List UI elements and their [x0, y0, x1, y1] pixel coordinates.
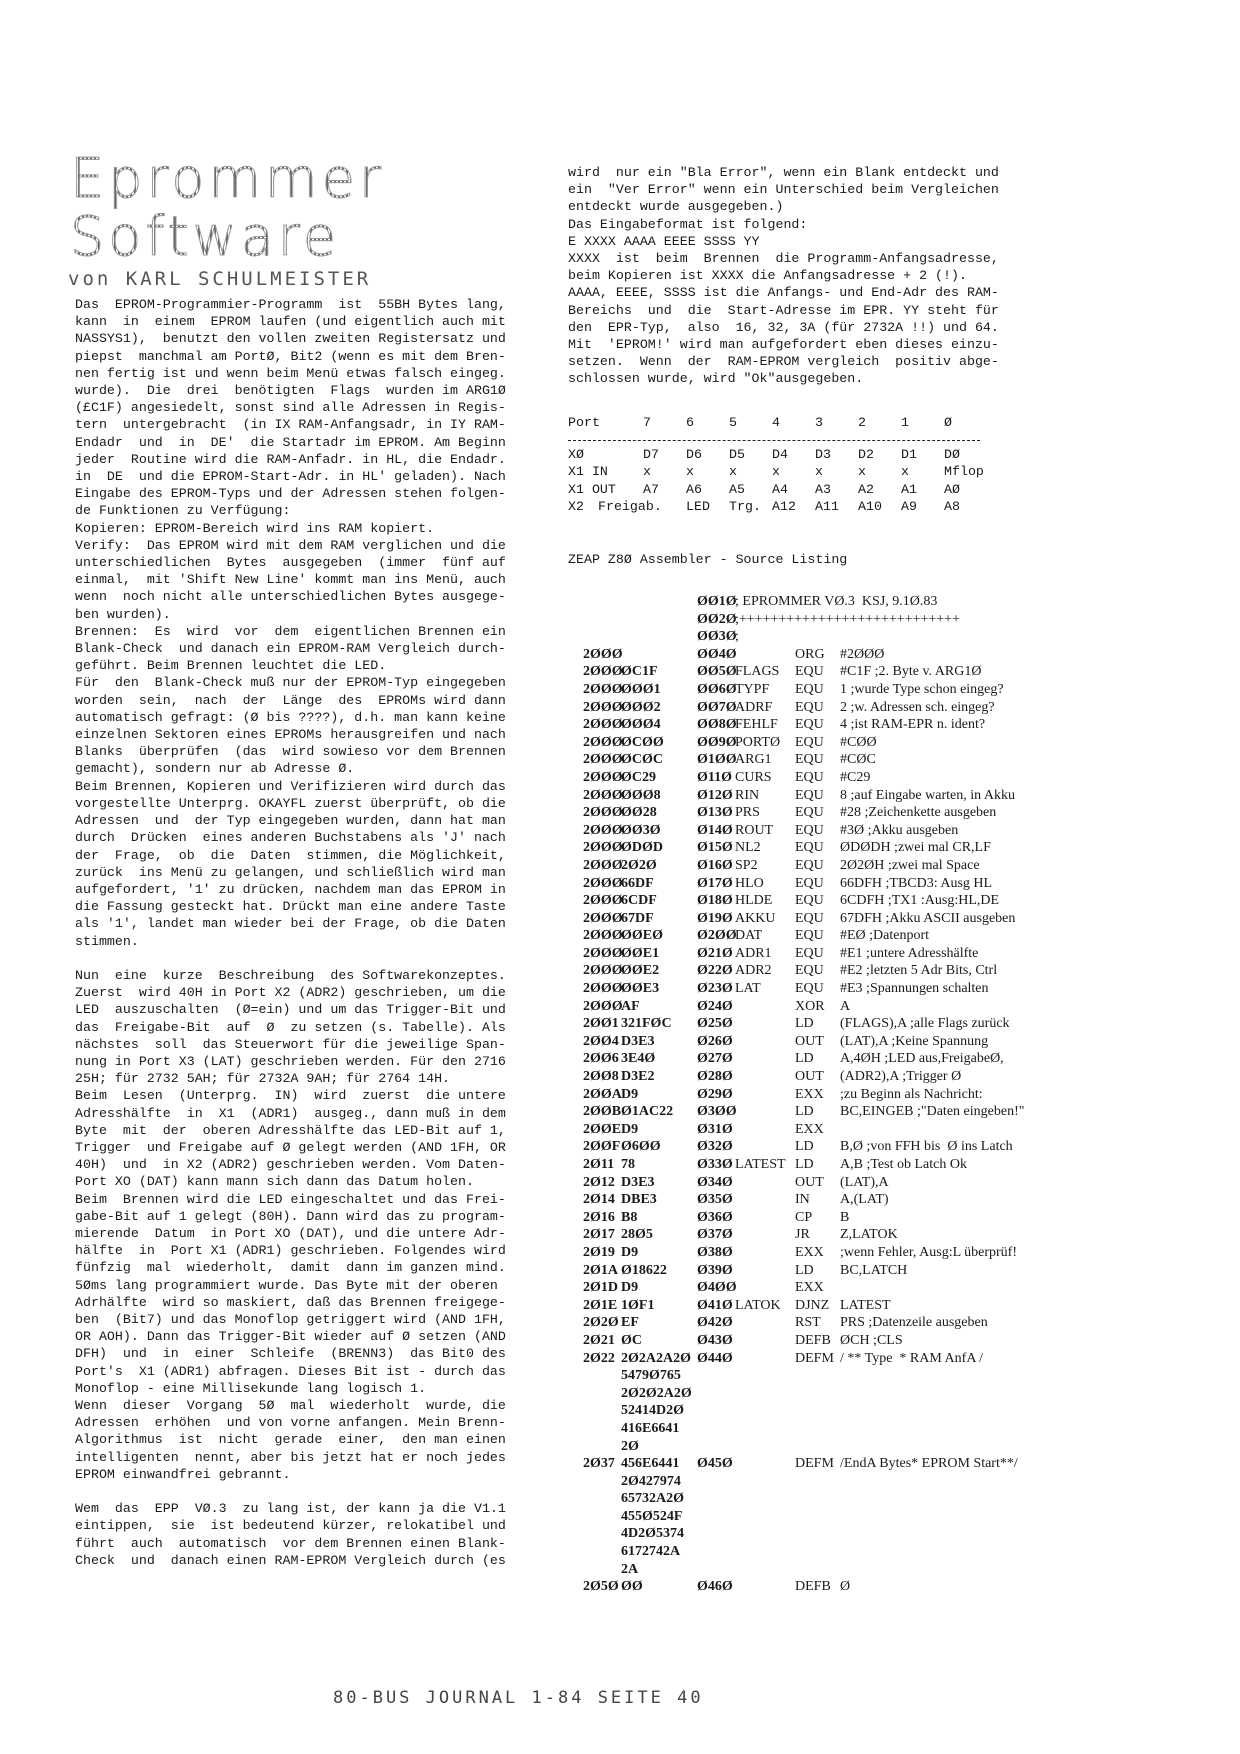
- mnemonic: DJNZ: [795, 1297, 840, 1315]
- port-table-cell: D5: [729, 446, 772, 464]
- object-code: 66DF: [621, 875, 697, 893]
- object-code: 6172742A: [621, 1543, 697, 1561]
- left-line: tern untergebracht (in IX RAM-Anfangsadr…: [75, 416, 553, 433]
- listing-line: 2Ø16B8Ø36ØCPB: [583, 1209, 1024, 1227]
- operand: #28 ;Zeichenkette ausgeben: [840, 804, 996, 822]
- mnemonic: CP: [795, 1209, 840, 1227]
- left-line: Das EPROM-Programmier-Programm ist 55BH …: [75, 296, 553, 313]
- mnemonic: EQU: [795, 716, 840, 734]
- object-code: Ø1AC22: [621, 1103, 697, 1121]
- label: FLAGS: [735, 663, 795, 681]
- object-code: 2Ø2Ø: [621, 857, 697, 875]
- port-table-header: Port7654321Ø: [568, 414, 987, 432]
- address: [583, 1543, 621, 1561]
- object-code: 455Ø524F: [621, 1508, 697, 1526]
- operand: B: [840, 1209, 849, 1227]
- address: 2Ø19: [583, 1244, 621, 1262]
- line-number: Ø31Ø: [697, 1121, 735, 1139]
- address: 2ØØØ: [583, 663, 621, 681]
- operand: Ø: [840, 1578, 850, 1596]
- listing-line: 52414D2Ø: [583, 1402, 1024, 1420]
- operand: ;zu Beginn als Nachricht:: [840, 1086, 983, 1104]
- address: [583, 1402, 621, 1420]
- address: 2ØØØ: [583, 822, 621, 840]
- label: [735, 1086, 795, 1104]
- right-line: wird nur ein "Bla Error", wenn ein Blank…: [568, 164, 1048, 181]
- left-line: automatisch gefragt: (Ø bis ????), d.h. …: [75, 709, 553, 726]
- operand: #2ØØØ: [840, 646, 884, 664]
- label: [735, 1508, 795, 1526]
- port-table-cell: x: [643, 463, 686, 481]
- left-line: worden sein, nach der Länge des EPROMs w…: [75, 692, 553, 709]
- port-table-cell: A12: [772, 498, 815, 516]
- left-line: intelligenten nennt, aber bis jetzt hat …: [75, 1449, 553, 1466]
- line-number: Ø23Ø: [697, 980, 735, 998]
- label: [735, 1262, 795, 1280]
- label: ARG1: [735, 751, 795, 769]
- address: [583, 1420, 621, 1438]
- listing-line: 2Ø1DD9Ø4ØØEXX: [583, 1279, 1024, 1297]
- object-code: [621, 646, 697, 664]
- left-line: stimmen.: [75, 933, 553, 950]
- left-line: [75, 1483, 553, 1500]
- label: ADRF: [735, 699, 795, 717]
- mnemonic: EQU: [795, 927, 840, 945]
- address: 2ØØØ: [583, 751, 621, 769]
- port-table-row: X1 INxxxxxxxMflop: [568, 463, 987, 481]
- mnemonic: EQU: [795, 875, 840, 893]
- address: [583, 593, 621, 611]
- line-number: ØØ1Ø: [697, 593, 735, 611]
- mnemonic: IN: [795, 1191, 840, 1209]
- port-table-cell: A2: [858, 481, 901, 499]
- address: 2ØØ6: [583, 1050, 621, 1068]
- object-code: ØØEØ: [621, 927, 697, 945]
- listing-line: 6172742A: [583, 1543, 1024, 1561]
- listing-line: 2Ø37456E6441Ø45ØDEFM/EndA Bytes* EPROM S…: [583, 1455, 1024, 1473]
- address: 2Ø12: [583, 1174, 621, 1192]
- listing-line: 2Ø2Ø2A2Ø: [583, 1385, 1024, 1403]
- port-table-cell: A3: [815, 481, 858, 499]
- line-number: [697, 1385, 735, 1403]
- line-number: Ø4ØØ: [697, 1279, 735, 1297]
- left-line: in DE und die EPROM-Start-Adr. in HL' ge…: [75, 468, 553, 485]
- port-table-cell: 7: [643, 414, 686, 432]
- line-number: Ø15Ø: [697, 839, 735, 857]
- mnemonic: [795, 1385, 840, 1403]
- left-line: Beim Lesen (Unterprg. IN) wird zuerst di…: [75, 1087, 553, 1104]
- operand: #3Ø ;Akku ausgeben: [840, 822, 958, 840]
- object-code: ØDØD: [621, 839, 697, 857]
- port-table-cell: A9: [901, 498, 944, 516]
- left-line: Endadr und in DE' die Startadr im EPROM.…: [75, 434, 553, 451]
- line-number: [697, 1561, 735, 1579]
- left-line: einzelnen Sektoren eines EPROMs herausgr…: [75, 726, 553, 743]
- left-line: gabe-Bit auf 1 gelegt (80H). Dann wird d…: [75, 1208, 553, 1225]
- label: [735, 1121, 795, 1139]
- port-table-cell: Trg.: [729, 498, 772, 516]
- operand: 66DFH ;TBCD3: Ausg HL: [840, 875, 992, 893]
- port-table-cell: X2: [568, 498, 598, 516]
- left-line: die Fassung gesteckt hat. Drückt man ein…: [75, 898, 553, 915]
- listing-line: 5479Ø765: [583, 1367, 1024, 1385]
- line-number: Ø21Ø: [697, 945, 735, 963]
- label: [735, 1402, 795, 1420]
- line-number: Ø18Ø: [697, 892, 735, 910]
- left-line: DFH) und in einer Schleife (BRENN3) das …: [75, 1345, 553, 1362]
- listing-line: 2ØØ8D3E2Ø28ØOUT(ADR2),A ;Trigger Ø: [583, 1068, 1024, 1086]
- listing-line: 65732A2Ø: [583, 1490, 1024, 1508]
- listing-line: ØØ3Ø;: [583, 628, 1024, 646]
- object-code: [621, 593, 697, 611]
- object-code: ØC: [621, 1332, 697, 1350]
- label: [735, 1455, 795, 1473]
- mnemonic: EXX: [795, 1086, 840, 1104]
- line-number: Ø44Ø: [697, 1350, 735, 1368]
- label: SP2: [735, 857, 795, 875]
- address: 2ØØØ: [583, 910, 621, 928]
- mnemonic: EQU: [795, 892, 840, 910]
- label: [735, 1561, 795, 1579]
- left-line: Port XO (DAT) kann mann sich dann das Da…: [75, 1173, 553, 1190]
- line-number: Ø28Ø: [697, 1068, 735, 1086]
- left-line: Zuerst wird 40H in Port X2 (ADR2) geschr…: [75, 984, 553, 1001]
- line-number: Ø46Ø: [697, 1578, 735, 1596]
- port-table-cell: X1 IN: [568, 463, 643, 481]
- port-table-cell: X1 OUT: [568, 481, 643, 499]
- left-line: Nun eine kurze Beschreibung des Software…: [75, 967, 553, 984]
- left-line: jeder Routine wird die RAM-Anfadr. in HL…: [75, 451, 553, 468]
- operand: 4 ;ist RAM-EPR n. ident?: [840, 716, 985, 734]
- listing-line: 2ØØØØC1FØØ5ØFLAGSEQU#C1F ;2. Byte v. ARG…: [583, 663, 1024, 681]
- left-line: Kopieren: EPROM-Bereich wird ins RAM kop…: [75, 520, 553, 537]
- label: LATEST: [735, 1156, 795, 1174]
- port-table-cell: A5: [729, 481, 772, 499]
- address: 2ØØØ: [583, 681, 621, 699]
- object-code: ØØ28: [621, 804, 697, 822]
- operand: #CØØ: [840, 734, 877, 752]
- line-number: [697, 1473, 735, 1491]
- port-table-cell: x: [901, 463, 944, 481]
- line-number: ØØ8Ø: [697, 716, 735, 734]
- label: DAT: [735, 927, 795, 945]
- port-table-cell: Mflop: [944, 463, 987, 481]
- label: [735, 1543, 795, 1561]
- mnemonic: EQU: [795, 804, 840, 822]
- label: HLO: [735, 875, 795, 893]
- listing-line: 416E6641: [583, 1420, 1024, 1438]
- address: 2ØØØ: [583, 699, 621, 717]
- label: PRS: [735, 804, 795, 822]
- left-line: Byte mit der oberen Adresshälfte das LED…: [75, 1122, 553, 1139]
- listing-line: 2ØØED9Ø31ØEXX: [583, 1121, 1024, 1139]
- mnemonic: LD: [795, 1156, 840, 1174]
- left-line: Adressen und der Typ eingegeben wurden, …: [75, 812, 553, 829]
- address: 2ØØ4: [583, 1033, 621, 1051]
- mnemonic: LD: [795, 1138, 840, 1156]
- listing-line: 2Ø1728Ø5Ø37ØJRZ,LATOK: [583, 1226, 1024, 1244]
- line-number: ØØ5Ø: [697, 663, 735, 681]
- title-line-2: Software: [70, 208, 385, 266]
- address: 2Ø22: [583, 1350, 621, 1368]
- address: 2Ø5Ø: [583, 1578, 621, 1596]
- port-table-cell: XØ: [568, 446, 643, 464]
- port-table-cell: DØ: [944, 446, 987, 464]
- address: [583, 1367, 621, 1385]
- port-table-cell: 2: [858, 414, 901, 432]
- operand: 1 ;wurde Type schon eingeg?: [840, 681, 1004, 699]
- label: [735, 1385, 795, 1403]
- listing-line: 2Ø1178Ø33ØLATESTLDA,B ;Test ob Latch Ok: [583, 1156, 1024, 1174]
- address: [583, 1508, 621, 1526]
- left-line: Adressen erhöhen und von vorne anfangen.…: [75, 1414, 553, 1431]
- left-line: fünfzig mal wiederholt, damit dann im ga…: [75, 1259, 553, 1276]
- operand: #C1F ;2. Byte v. ARG1Ø: [840, 663, 981, 681]
- port-table-cell: 1: [901, 414, 944, 432]
- left-line: Verify: Das EPROM wird mit dem RAM vergl…: [75, 537, 553, 554]
- listing-line: 2A: [583, 1561, 1024, 1579]
- line-number: Ø13Ø: [697, 804, 735, 822]
- object-code: ØØ: [621, 1578, 697, 1596]
- mnemonic: [795, 1525, 840, 1543]
- line-number: Ø11Ø: [697, 769, 735, 787]
- mnemonic: EXX: [795, 1279, 840, 1297]
- object-code: 67DF: [621, 910, 697, 928]
- port-bit-table: Port7654321ØXØD7D6D5D4D3D2D1DØX1 INxxxxx…: [568, 414, 987, 516]
- left-line: einmal, mit 'Shift New Line' kommt man i…: [75, 571, 553, 588]
- listing-line: 2ØØ4D3E3Ø26ØOUT(LAT),A ;Keine Spannung: [583, 1033, 1024, 1051]
- label: [735, 1209, 795, 1227]
- left-line: nung in Port X3 (LAT) geschrieben werden…: [75, 1053, 553, 1070]
- listing-line: 2Ø1E1ØF1Ø41ØLATOKDJNZLATEST: [583, 1297, 1024, 1315]
- right-line: den EPR-Typ, also 16, 32, 3A (für 2732A …: [568, 319, 1048, 336]
- article-title: Eprommer Software: [70, 150, 385, 266]
- operand: BC,LATCH: [840, 1262, 907, 1280]
- line-number: Ø26Ø: [697, 1033, 735, 1051]
- object-code: EF: [621, 1314, 697, 1332]
- operand: /EndA Bytes* EPROM Start**/: [840, 1455, 1018, 1473]
- label: ADR2: [735, 962, 795, 980]
- operand: #E2 ;letzten 5 Adr Bits, Ctrl: [840, 962, 997, 980]
- line-number: ØØ3Ø: [697, 628, 735, 646]
- mnemonic: [795, 1438, 840, 1456]
- left-line: mierende Datum in Port XO (DAT), und die…: [75, 1225, 553, 1242]
- address: 2Ø11: [583, 1156, 621, 1174]
- listing-line: 2Ø427974: [583, 1473, 1024, 1491]
- right-line: E XXXX AAAA EEEE SSSS YY: [568, 233, 1048, 250]
- listing-line: 2Ø2ØEFØ42ØRSTPRS ;Datenzeile ausgeben: [583, 1314, 1024, 1332]
- port-table-cell: A4: [772, 481, 815, 499]
- right-line: Bereichs und die Start-Adresse im EPR. Y…: [568, 302, 1048, 319]
- port-table-cell: 6: [686, 414, 729, 432]
- object-code: D9: [621, 1279, 697, 1297]
- address: 2ØØØ: [583, 945, 621, 963]
- label: FEHLF: [735, 716, 795, 734]
- line-number: [697, 1402, 735, 1420]
- address: 2Ø17: [583, 1226, 621, 1244]
- object-code: B8: [621, 1209, 697, 1227]
- port-table-cell: D1: [901, 446, 944, 464]
- line-number: [697, 1420, 735, 1438]
- mnemonic: [795, 1561, 840, 1579]
- listing-line: 2Ø222Ø2A2A2ØØ44ØDEFM/ ** Type * RAM AnfA…: [583, 1350, 1024, 1368]
- label: ; EPROMMER VØ.3 KSJ, 9.1Ø.83: [735, 593, 937, 611]
- operand: 67DFH ;Akku ASCII ausgeben: [840, 910, 1015, 928]
- port-table-cell: x: [815, 463, 858, 481]
- label: [735, 998, 795, 1016]
- address: [583, 1473, 621, 1491]
- line-number: [697, 1543, 735, 1561]
- left-line: Adrhälfte wird so maskiert, daß das Bren…: [75, 1294, 553, 1311]
- address: [583, 628, 621, 646]
- port-table-cell: D7: [643, 446, 686, 464]
- operand: 8 ;auf Eingabe warten, in Akku: [840, 787, 1015, 805]
- address: 2ØØØ: [583, 734, 621, 752]
- listing-line: 2ØØØ66DFØ17ØHLOEQU66DFH ;TBCD3: Ausg HL: [583, 875, 1024, 893]
- object-code: ØØE1: [621, 945, 697, 963]
- object-code: Ø6ØØ: [621, 1138, 697, 1156]
- table-divider: [568, 440, 980, 441]
- mnemonic: LD: [795, 1262, 840, 1280]
- operand: LATEST: [840, 1297, 891, 1315]
- left-line: der Frage, ob die Daten stimmen, die Mög…: [75, 847, 553, 864]
- object-code: D3E3: [621, 1174, 697, 1192]
- object-code: 5479Ø765: [621, 1367, 697, 1385]
- listing-line: 2ØØØØDØDØ15ØNL2EQUØDØDH ;zwei mal CR,LF: [583, 839, 1024, 857]
- address: 2ØØØ: [583, 787, 621, 805]
- left-line: Blanks überprüfen (das wird sowieso vor …: [75, 743, 553, 760]
- left-line: gemacht), sondern nur ab Adresse Ø.: [75, 760, 553, 777]
- address: 2Ø16: [583, 1209, 621, 1227]
- address: 2ØØØ: [583, 646, 621, 664]
- listing-line: 2ØØØØØE2Ø22ØADR2EQU#E2 ;letzten 5 Adr Bi…: [583, 962, 1024, 980]
- operand: ØDØDH ;zwei mal CR,LF: [840, 839, 991, 857]
- operand: (FLAGS),A ;alle Flags zurück: [840, 1015, 1010, 1033]
- line-number: Ø19Ø: [697, 910, 735, 928]
- operand: (LAT),A ;Keine Spannung: [840, 1033, 988, 1051]
- left-line: nächstes soll das Steuerwort für die jew…: [75, 1036, 553, 1053]
- mnemonic: EQU: [795, 734, 840, 752]
- port-table-cell: D4: [772, 446, 815, 464]
- operand: #E1 ;untere Adresshälfte: [840, 945, 978, 963]
- object-code: Ø18622: [621, 1262, 697, 1280]
- mnemonic: OUT: [795, 1033, 840, 1051]
- line-number: Ø12Ø: [697, 787, 735, 805]
- right-column-text: wird nur ein "Bla Error", wenn ein Blank…: [568, 164, 1048, 388]
- label: LAT: [735, 980, 795, 998]
- left-line: eintippen, sie ist bedeutend kürzer, rel…: [75, 1517, 553, 1534]
- port-table-row: X2Freigab.LEDTrg.A12A11A10A9A8: [568, 498, 987, 516]
- port-table-cell: A11: [815, 498, 858, 516]
- left-line: führt auch automatisch vor dem Brennen e…: [75, 1535, 553, 1552]
- port-table-cell: A1: [901, 481, 944, 499]
- operand: 2 ;w. Adressen sch. eingeg?: [840, 699, 995, 717]
- mnemonic: LD: [795, 1050, 840, 1068]
- operand: A,B ;Test ob Latch Ok: [840, 1156, 967, 1174]
- address: 2ØØØ: [583, 962, 621, 980]
- label: [735, 1350, 795, 1368]
- address: [583, 1385, 621, 1403]
- mnemonic: [795, 1402, 840, 1420]
- left-line: geführt. Beim Brennen leuchtet die LED.: [75, 657, 553, 674]
- listing-line: 2ØØØØØØ1ØØ6ØTYPFEQU1 ;wurde Type schon e…: [583, 681, 1024, 699]
- mnemonic: RST: [795, 1314, 840, 1332]
- object-code: DBE3: [621, 1191, 697, 1209]
- object-code: D9: [621, 1244, 697, 1262]
- assembler-listing: ØØ1Ø; EPROMMER VØ.3 KSJ, 9.1Ø.83ØØ2Ø;+++…: [583, 593, 1024, 1596]
- listing-line: 2ØØØØØ3ØØ14ØROUTEQU#3Ø ;Akku ausgeben: [583, 822, 1024, 840]
- mnemonic: [795, 1367, 840, 1385]
- listing-line: ØØ1Ø; EPROMMER VØ.3 KSJ, 9.1Ø.83: [583, 593, 1024, 611]
- address: [583, 1438, 621, 1456]
- port-table-cell: A6: [686, 481, 729, 499]
- address: 2ØØB: [583, 1103, 621, 1121]
- mnemonic: EQU: [795, 839, 840, 857]
- label: ADR1: [735, 945, 795, 963]
- mnemonic: EXX: [795, 1244, 840, 1262]
- label: [735, 1473, 795, 1491]
- object-code: 416E6641: [621, 1420, 697, 1438]
- object-code: 2Ø427974: [621, 1473, 697, 1491]
- object-code: 2Ø: [621, 1438, 697, 1456]
- address: 2Ø2Ø: [583, 1314, 621, 1332]
- port-table-cell: A7: [643, 481, 686, 499]
- operand: 2Ø2ØH ;zwei mal Space: [840, 857, 980, 875]
- object-code: 456E6441: [621, 1455, 697, 1473]
- left-line: unterschiedlichen Bytes ausgegeben (imme…: [75, 554, 553, 571]
- line-number: Ø29Ø: [697, 1086, 735, 1104]
- line-number: [697, 1438, 735, 1456]
- listing-line: 2Ø5ØØØØ46ØDEFBØ: [583, 1578, 1024, 1596]
- address: [583, 1490, 621, 1508]
- mnemonic: EQU: [795, 787, 840, 805]
- label: [735, 1578, 795, 1596]
- object-code: [621, 611, 697, 629]
- listing-line: 455Ø524F: [583, 1508, 1024, 1526]
- left-line: OR AOH). Dann das Trigger-Bit wieder auf…: [75, 1328, 553, 1345]
- label: [735, 1279, 795, 1297]
- left-line: aufgefordert, '1' zu drücken, nachdem ma…: [75, 881, 553, 898]
- port-table-cell: LED: [686, 498, 729, 516]
- operand: #EØ ;Datenport: [840, 927, 929, 945]
- label: HLDE: [735, 892, 795, 910]
- label: CURS: [735, 769, 795, 787]
- left-line: wenn noch nicht alle unterschiedlichen B…: [75, 588, 553, 605]
- left-line: Check und danach einen RAM-EPROM Verglei…: [75, 1552, 553, 1569]
- left-line: Beim Brennen wird die LED eingeschaltet …: [75, 1191, 553, 1208]
- listing-line: 4D2Ø5374: [583, 1525, 1024, 1543]
- listing-line: 2ØØØØØ28Ø13ØPRSEQU#28 ;Zeichenkette ausg…: [583, 804, 1024, 822]
- object-code: D3E2: [621, 1068, 697, 1086]
- object-code: ØØ3Ø: [621, 822, 697, 840]
- port-table-cell: D6: [686, 446, 729, 464]
- line-number: Ø24Ø: [697, 998, 735, 1016]
- listing-line: 2ØØØ2Ø2ØØ16ØSP2EQU2Ø2ØH ;zwei mal Space: [583, 857, 1024, 875]
- left-line: wurde). Die drei benötigten Flags wurden…: [75, 382, 553, 399]
- listing-line: 2ØØØØØE1Ø21ØADR1EQU#E1 ;untere Adresshäl…: [583, 945, 1024, 963]
- left-column-text: Das EPROM-Programmier-Programm ist 55BH …: [75, 296, 553, 1569]
- listing-line: 2Ø14DBE3Ø35ØINA,(LAT): [583, 1191, 1024, 1209]
- label: [735, 1244, 795, 1262]
- listing-line: 2ØØØØCØCØ1ØØARG1EQU#CØC: [583, 751, 1024, 769]
- label: [735, 1525, 795, 1543]
- port-table-cell: A10: [858, 498, 901, 516]
- left-line: nen fertig ist und wenn beim Menü etwas …: [75, 365, 553, 382]
- line-number: [697, 1490, 735, 1508]
- line-number: Ø16Ø: [697, 857, 735, 875]
- mnemonic: EQU: [795, 663, 840, 681]
- right-line: AAAA, EEEE, SSSS ist die Anfangs- und En…: [568, 284, 1048, 301]
